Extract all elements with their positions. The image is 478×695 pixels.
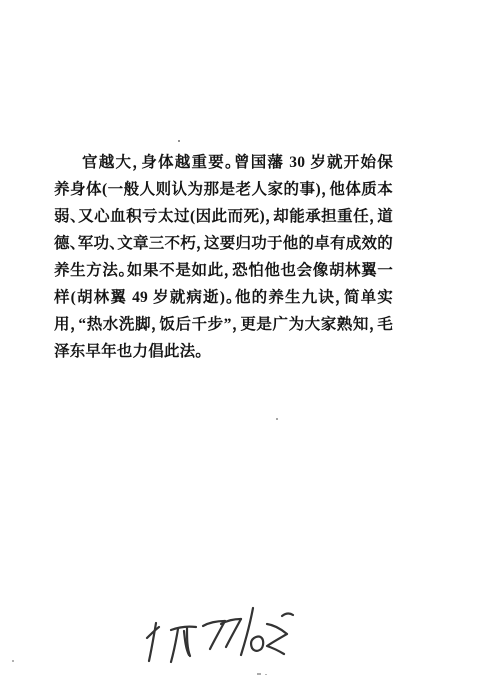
paragraph-line: 养身体(一般人则认为那是老人家的事)，他体质本: [54, 176, 393, 203]
handwriting-stroke-digit-0: [251, 636, 263, 650]
paragraph-line: 样(胡林翼 49 岁就病逝)。他的养生九诀，简单实: [54, 284, 393, 311]
scan-speck: [178, 140, 180, 142]
scan-speck: [276, 418, 278, 420]
handwriting-stroke-digit-5: [267, 624, 287, 654]
scan-speck: [12, 660, 14, 662]
paragraph-line: 官越大，身体越重要。曾国藩 30 岁就开始保: [54, 149, 393, 176]
book-page: 官越大，身体越重要。曾国藩 30 岁就开始保 养身体(一般人则认为那是老人家的事…: [0, 0, 478, 695]
scan-speck: [257, 673, 261, 675]
handwriting-stroke-digit-5: [282, 614, 293, 616]
paragraph-line: 养生方法。如果不是如此，恐怕他也会像胡林翼一: [54, 257, 393, 284]
handwriting-stroke-digit-1: [149, 623, 156, 661]
scan-speck: [265, 674, 267, 675]
handwriting-stroke-digit-9: [171, 627, 196, 630]
paragraph-line: 德、军功、文章三不朽，这要归功于他的卓有成效的: [54, 230, 393, 257]
handwritten-annotation: [133, 598, 303, 668]
paragraph-line: 泽东早年也力倡此法。: [54, 338, 393, 365]
handwriting-stroke-digit-9: [171, 629, 178, 662]
handwriting-stroke-digit-7: [226, 619, 241, 647]
paragraph-line: 用，“热水洗脚，饭后千步”，更是广为大家熟知，毛: [54, 311, 393, 338]
handwriting-stroke-digit-7: [210, 621, 225, 649]
paragraph-line: 弱、又心血积亏太过(因此而死)，却能承担重任，道: [54, 203, 393, 230]
paragraph: 官越大，身体越重要。曾国藩 30 岁就开始保 养身体(一般人则认为那是老人家的事…: [54, 149, 393, 365]
